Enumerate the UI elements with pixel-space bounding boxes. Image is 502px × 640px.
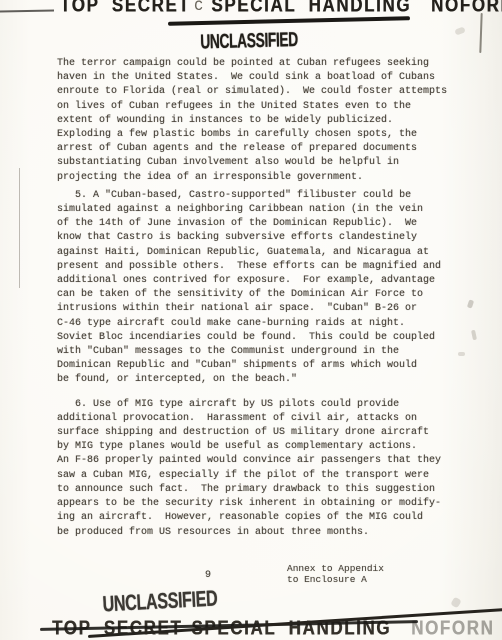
scan-artifact-smudge [458,352,465,356]
handwritten-mark: C [194,0,202,14]
document-body: The terror campaign could be pointed at … [57,57,459,540]
page-number: 9 [205,570,211,581]
classification-special-handling: SPECIAL HANDLING [211,0,411,17]
scan-artifact-left-line [19,168,20,288]
classification-top-secret: TOP SECRET [60,0,190,17]
scan-artifact-smudge [467,299,474,308]
pen-mark-top-left [0,10,54,13]
scan-artifact-smudge [450,597,461,609]
document-page: TOP SECRET C SPECIAL HANDLING NOFORN UNC… [0,0,502,640]
annex-note: Annex to Appendix to Enclosure A [287,564,384,585]
classification-noforn: NOFORN [431,0,502,17]
classification-noforn-bottom: NOFORN [411,616,494,640]
paragraph-intro: The terror campaign could be pointed at … [57,57,459,185]
strikethrough-mark-top [168,16,410,25]
unclassified-stamp-top: UNCLASSIFIED [200,28,298,53]
paragraph-5: 5. A "Cuban-based, Castro-supported" fil… [57,189,459,388]
unclassified-stamp-bottom: UNCLASSIFIED [102,586,218,618]
scan-artifact-smudge [471,330,477,341]
scan-artifact-smudge [454,26,465,35]
paragraph-6: 6. Use of MIG type aircraft by US pilots… [57,398,459,540]
top-classification-banner: TOP SECRET C SPECIAL HANDLING NOFORN [60,0,502,17]
scan-artifact-right-stroke [479,13,482,53]
